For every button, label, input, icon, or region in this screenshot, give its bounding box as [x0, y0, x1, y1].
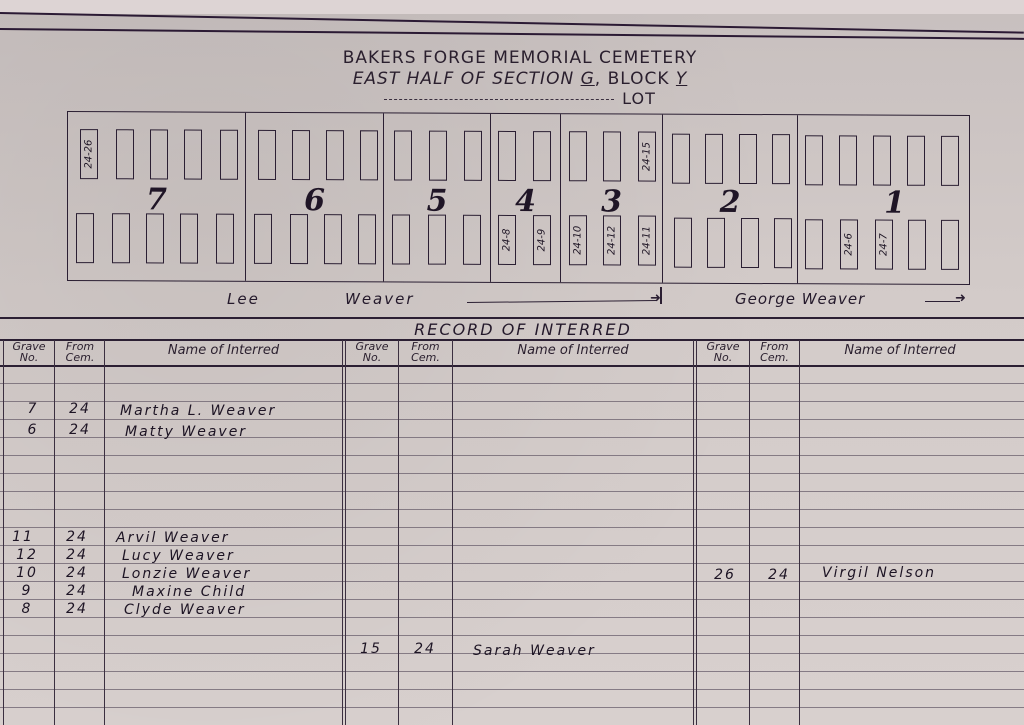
- grave: [805, 135, 823, 185]
- ruled-line: [0, 689, 1024, 690]
- lot-1: 1 24-6 24-7: [798, 115, 971, 284]
- header-name-of-interred: Name of Interred: [453, 345, 693, 356]
- grave-label: 24-12: [607, 226, 618, 255]
- grave-number: 9: [12, 583, 42, 599]
- interred-name: Lucy Weaver: [122, 548, 235, 564]
- grave: [112, 213, 130, 263]
- ruled-line: [0, 671, 1024, 672]
- ruled-line: [0, 401, 1024, 402]
- owner-last-name: Weaver: [345, 290, 415, 308]
- grave-label: 24-10: [573, 226, 584, 255]
- interred-name: Sarah Weaver: [473, 643, 596, 659]
- interred-name: Arvil Weaver: [116, 530, 230, 546]
- ruled-line: [0, 635, 1024, 636]
- header-bottom-border: [0, 365, 1024, 367]
- grave-label: 24-9: [537, 229, 548, 252]
- from-cemetery: 24: [57, 565, 97, 581]
- column-divider: [696, 340, 697, 725]
- plot-diagram: 24-26 7 6 5 4 24-8 24-9: [67, 111, 970, 285]
- table-title: RECORD OF INTERRED: [0, 320, 1024, 339]
- from-cemetery: 24: [57, 583, 97, 599]
- section-block-line: EAST HALF OF SECTION G, BLOCK Y: [250, 69, 790, 90]
- grave: [116, 129, 134, 179]
- lot-4: 4 24-8 24-9: [491, 114, 561, 282]
- header-grave-line2: No.: [346, 352, 398, 363]
- grave: [873, 136, 891, 186]
- grave: [180, 214, 198, 264]
- header-from-cem: From Cem.: [55, 341, 105, 363]
- grave: [254, 214, 272, 264]
- section-prefix: EAST HALF OF SECTION: [353, 69, 574, 89]
- grave-number: 11: [8, 529, 38, 545]
- column-divider: [345, 340, 346, 725]
- grave: [392, 214, 410, 264]
- column-divider: [749, 340, 750, 725]
- grave: [498, 131, 516, 181]
- column-divider: [693, 340, 694, 725]
- header-from-line2: Cem.: [750, 352, 799, 363]
- grave: [774, 218, 792, 268]
- lot-number: 2: [663, 185, 797, 221]
- grave: 24-9: [533, 215, 551, 265]
- interred-name: Maxine Child: [132, 584, 246, 600]
- grave-number: 7: [18, 401, 48, 417]
- grave-number: 12: [12, 547, 42, 563]
- owner-right-name: George Weaver: [735, 290, 865, 308]
- lot-label: LOT: [622, 89, 656, 108]
- grave: [184, 130, 202, 180]
- lot-3: 24-15 3 24-10 24-12 24-11: [561, 114, 663, 282]
- grave: [603, 131, 621, 181]
- interred-name: Clyde Weaver: [124, 602, 246, 618]
- grave: [326, 130, 344, 180]
- grave: [941, 220, 959, 270]
- cemetery-name: BAKERS FORGE MEMORIAL CEMETERY: [250, 48, 790, 69]
- column-divider: [54, 340, 55, 725]
- grave: 24-8: [498, 215, 516, 265]
- grave: [569, 131, 587, 181]
- grave-number: 6: [18, 422, 48, 438]
- owner-boundary-tick: [660, 287, 662, 304]
- grave: [772, 134, 790, 184]
- arrow-right-icon: ➜: [955, 291, 966, 306]
- from-cemetery: 24: [57, 601, 97, 617]
- grave: [741, 218, 759, 268]
- ruled-line: [0, 455, 1024, 456]
- owner-first-name: Lee: [227, 290, 260, 308]
- grave: [674, 218, 692, 268]
- from-cemetery: 24: [405, 641, 445, 657]
- record-of-interred-table: RECORD OF INTERRED Grave No. From Cem. N…: [0, 317, 1024, 725]
- grave: [908, 220, 926, 270]
- ruled-line: [0, 509, 1024, 510]
- grave: [428, 215, 446, 265]
- grave-label: 24-8: [502, 229, 513, 252]
- grave: 24-11: [638, 216, 656, 266]
- grave-label: 24-11: [642, 226, 653, 255]
- grave: 24-10: [569, 215, 587, 265]
- from-cemetery: 24: [60, 422, 100, 438]
- header-grave-no: Grave No.: [697, 341, 749, 363]
- header-from-cem: From Cem.: [750, 341, 799, 363]
- grave: 24-15: [638, 132, 656, 182]
- grave-number: 26: [707, 567, 743, 583]
- grave: [146, 213, 164, 263]
- interred-name: Lonzie Weaver: [122, 566, 251, 582]
- grave-label: 24-26: [84, 140, 95, 169]
- grave: [76, 213, 94, 263]
- ruled-line: [0, 419, 1024, 420]
- header-name-of-interred: Name of Interred: [105, 345, 342, 356]
- grave-label: 24-15: [642, 142, 653, 171]
- grave: [805, 219, 823, 269]
- header-grave-line2: No.: [4, 352, 54, 363]
- column-divider: [799, 340, 800, 725]
- from-cemetery: 24: [57, 547, 97, 563]
- grave: [358, 214, 376, 264]
- document-header: BAKERS FORGE MEMORIAL CEMETERY EAST HALF…: [250, 48, 790, 108]
- grave: 24-26: [80, 129, 98, 179]
- header-grave-line2: No.: [697, 352, 749, 363]
- block-label: , BLOCK: [595, 69, 670, 89]
- column-divider: [3, 340, 4, 725]
- ruled-line: [0, 491, 1024, 492]
- block-value: Y: [676, 69, 687, 89]
- lot-line: LOT: [250, 90, 790, 108]
- grave-label: 24-6: [844, 233, 855, 256]
- grave: [150, 129, 168, 179]
- grave-number: 15: [356, 641, 386, 657]
- grave: 24-6: [840, 219, 858, 269]
- interred-name: Matty Weaver: [125, 424, 247, 440]
- lot-6: 6: [246, 113, 384, 282]
- column-divider: [398, 340, 399, 725]
- grave: [941, 136, 959, 186]
- header-grave-no: Grave No.: [346, 341, 398, 363]
- grave: 24-12: [603, 215, 621, 265]
- lot-5: 5: [384, 113, 491, 281]
- grave: [907, 136, 925, 186]
- header-grave-no: Grave No.: [4, 341, 54, 363]
- grave: [216, 214, 234, 264]
- lot-value-blank: [384, 99, 614, 100]
- grave: [707, 218, 725, 268]
- grave-label: 24-7: [879, 233, 890, 256]
- ruled-line: [0, 707, 1024, 708]
- header-top-border: [0, 339, 1024, 341]
- grave: [533, 131, 551, 181]
- grave: [258, 130, 276, 180]
- from-cemetery: 24: [759, 567, 799, 583]
- lot-number: 1: [818, 185, 971, 221]
- header-from-line2: Cem.: [399, 352, 452, 363]
- grave: [290, 214, 308, 264]
- grave: [324, 214, 342, 264]
- grave: [429, 131, 447, 181]
- grave: [839, 135, 857, 185]
- grave-number: 8: [12, 601, 42, 617]
- column-divider: [452, 340, 453, 725]
- grave: [672, 134, 690, 184]
- lot-7: 24-26 7: [68, 112, 246, 281]
- interred-name: Martha L. Weaver: [120, 403, 276, 419]
- grave: [292, 130, 310, 180]
- grave: [464, 131, 482, 181]
- column-divider: [104, 340, 105, 725]
- ruled-line: [0, 527, 1024, 528]
- from-cemetery: 24: [57, 529, 97, 545]
- interred-name: Virgil Nelson: [822, 565, 936, 581]
- grave: [705, 134, 723, 184]
- grave: [360, 130, 378, 180]
- ruled-line: [0, 473, 1024, 474]
- table-top-border: [0, 317, 1024, 319]
- header-from-cem: From Cem.: [399, 341, 452, 363]
- ruled-line: [0, 383, 1024, 384]
- header-from-line2: Cem.: [55, 352, 105, 363]
- grave: [394, 130, 412, 180]
- from-cemetery: 24: [60, 401, 100, 417]
- section-value: G: [581, 69, 595, 89]
- lot-number: 4: [491, 184, 560, 219]
- grave-number: 10: [12, 565, 42, 581]
- header-name-of-interred: Name of Interred: [800, 345, 1000, 356]
- column-divider: [342, 340, 343, 725]
- grave: [739, 134, 757, 184]
- grave: [463, 215, 481, 265]
- lot-2: 2: [663, 115, 798, 284]
- grave: [220, 130, 238, 180]
- grave: 24-7: [875, 220, 893, 270]
